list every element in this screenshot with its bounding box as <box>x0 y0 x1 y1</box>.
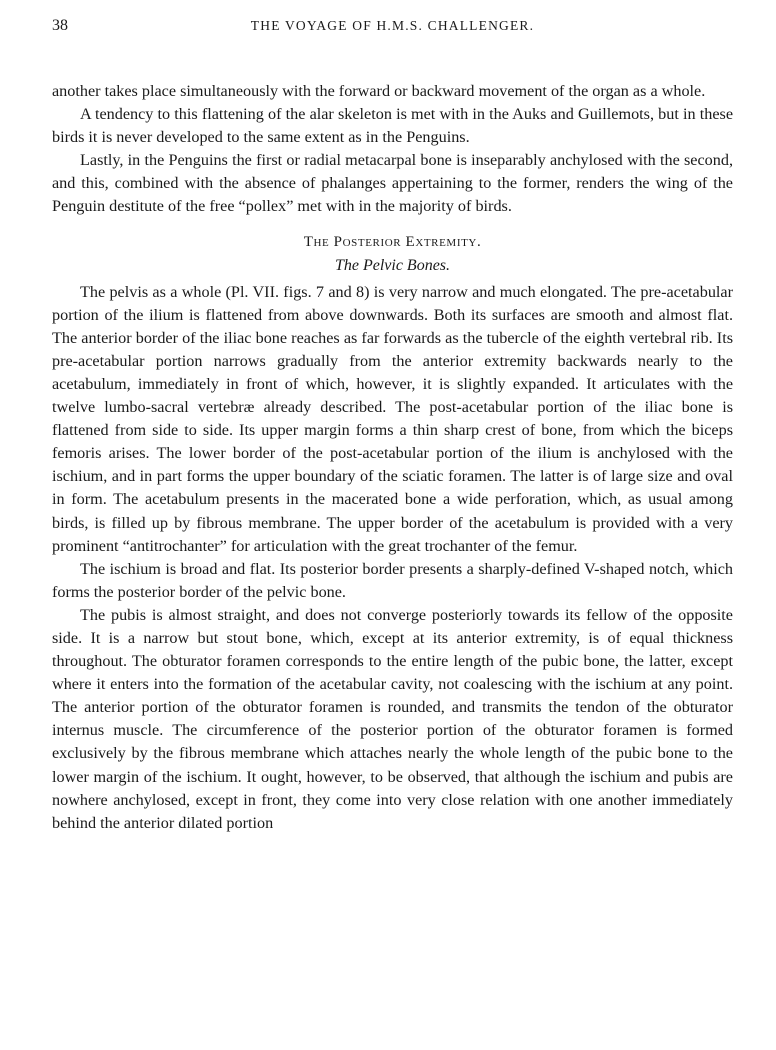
paragraph-pelvis: The pelvis as a whole (Pl. VII. figs. 7 … <box>52 281 733 558</box>
sub-heading: The Pelvic Bones. <box>52 253 733 279</box>
running-head: 38 THE VOYAGE OF H.M.S. CHALLENGER. <box>52 17 733 41</box>
paragraph-auks: A tendency to this flattening of the ala… <box>52 103 733 149</box>
section-heading: The Posterior Extremity. <box>52 231 733 253</box>
paragraph-metacarpal: Lastly, in the Penguins the first or rad… <box>52 149 733 218</box>
paragraph-pubis: The pubis is almost straight, and does n… <box>52 604 733 835</box>
body-text: another takes place simultaneously with … <box>52 80 733 835</box>
running-title: THE VOYAGE OF H.M.S. CHALLENGER. <box>52 18 733 34</box>
paragraph-continuation: another takes place simultaneously with … <box>52 80 733 103</box>
paragraph-ischium: The ischium is broad and flat. Its poste… <box>52 558 733 604</box>
